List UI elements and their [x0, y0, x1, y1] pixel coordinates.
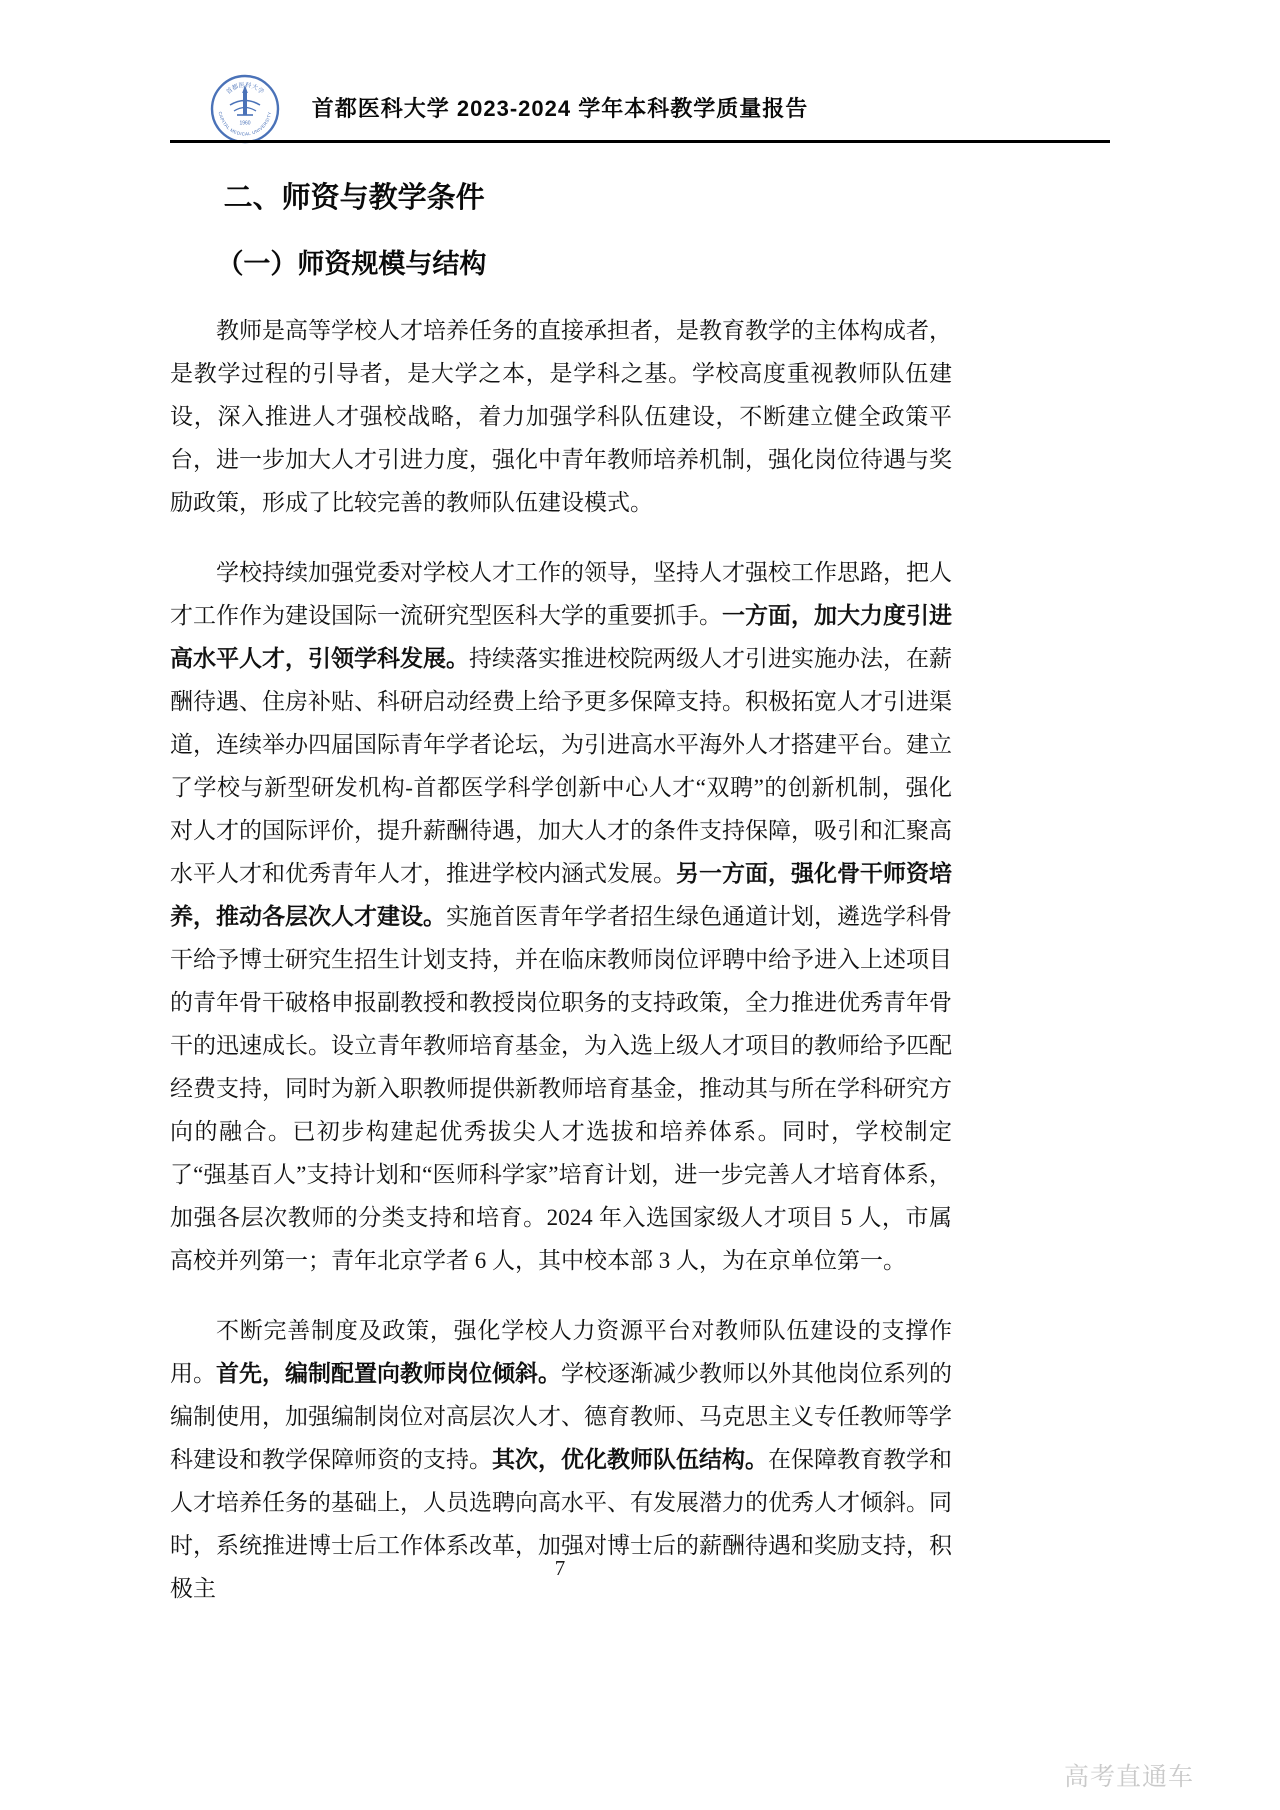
header-title: 首都医科大学 2023-2024 学年本科教学质量报告	[170, 92, 950, 123]
page-number: 7	[170, 1556, 950, 1581]
section-heading: 二、师资与教学条件	[170, 180, 952, 216]
subsection-heading: （一）师资规模与结构	[170, 248, 952, 282]
document-body: 二、师资与教学条件 （一）师资规模与结构 教师是高等学校人才培养任务的直接承担者…	[170, 158, 952, 1610]
text-run-bold: 其次，优化教师队伍结构。	[492, 1446, 768, 1472]
header-rule	[170, 140, 1110, 143]
text-run-bold: 首先，编制配置向教师岗位倾斜。	[216, 1360, 561, 1386]
watermark: 高考直通车	[1064, 1757, 1194, 1793]
document-page: 首都医科大学 CAPITAL MEDICAL UNIVERSITY 1960 首…	[0, 0, 1280, 1810]
text-run: 持续落实推进校院两级人才引进实施办法，在薪酬待遇、住房补贴、科研启动经费上给予更…	[170, 646, 952, 886]
text-run: 实施首医青年学者招生绿色通道计划，遴选学科骨干给予博士研究生招生计划支持，并在临…	[170, 904, 952, 1273]
paragraph-2: 学校持续加强党委对学校人才工作的领导，坚持人才强校工作思路，把人才工作作为建设国…	[170, 551, 952, 1282]
paragraph-1: 教师是高等学校人才培养任务的直接承担者，是教育教学的主体构成者，是教学过程的引导…	[170, 309, 952, 524]
